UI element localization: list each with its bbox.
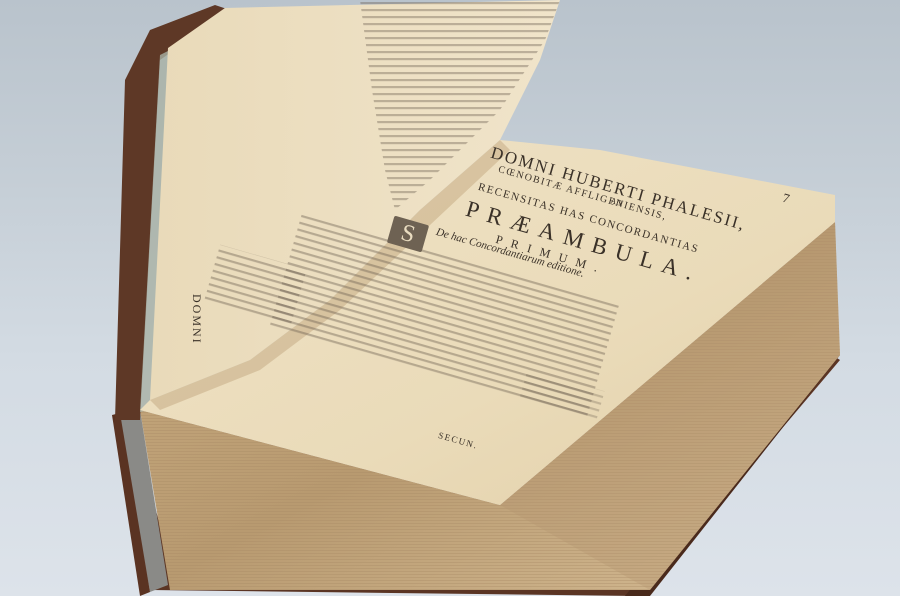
book-illustration	[0, 0, 900, 596]
running-head: DOMNI	[189, 294, 204, 345]
photo-scene: 7 DOMNI HUBERTI PHALESII, CŒNOBITÆ AFFLI…	[0, 0, 900, 596]
